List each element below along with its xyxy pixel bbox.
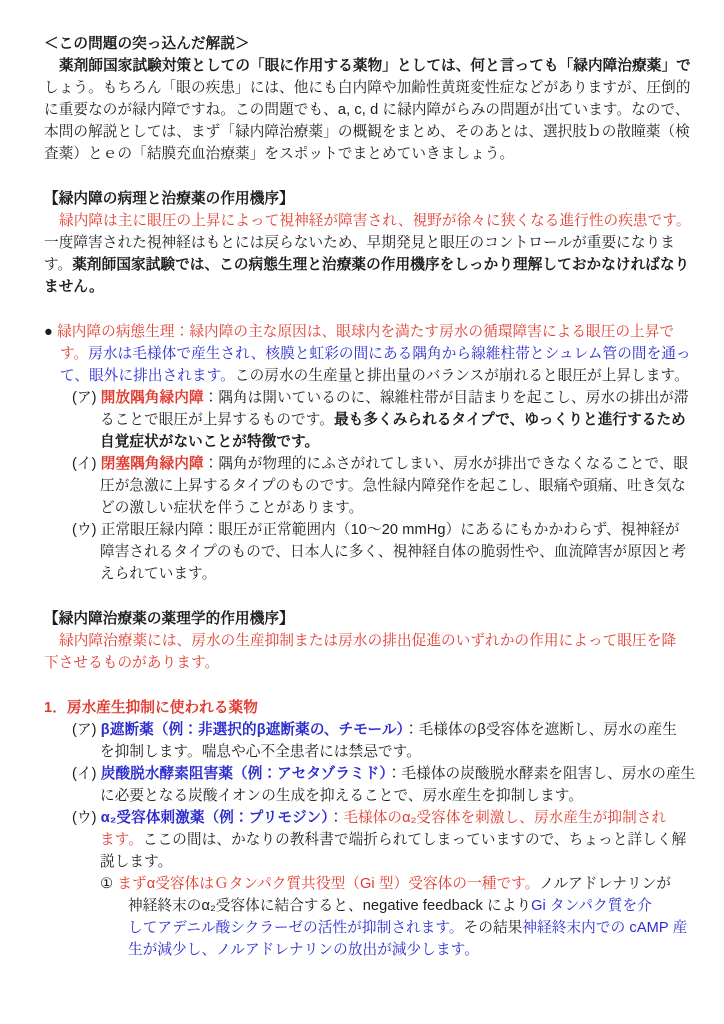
text-segment: を抑制します。喘息や心不全患者には禁忌です。 [100, 744, 421, 760]
text-segment: 毛様体のα₂受容体を刺激し、房水産生が抑制され [343, 810, 666, 826]
text-line: (イ) 閉塞隅角緑内障：隅角が物理的にふさがれてしまい、房水が排出できなくなるこ… [0, 453, 690, 475]
text-line: 本問の解説としては、まず「緑内障治療薬」の概観をまとめ、そのあとは、選択肢ｂの散… [0, 121, 690, 143]
text-segment: ：隅角は開いているのに、線維柱帯が目詰まりを起こし、房水の排出が滞 [204, 390, 689, 406]
text-segment: しょう。もちろん「眼の疾患」には、他にも白内障や加齢性黄斑変性症などがありますが… [44, 80, 691, 96]
text-segment: えられています。 [100, 566, 216, 582]
text-line: 【緑内障治療薬の薬理学的作用機序】 [0, 608, 690, 630]
text-line: ることで眼圧が上昇するものです。最も多くみられるタイプで、ゆっくりと進行するため [0, 409, 690, 431]
text-segment: ：毛様体のβ受容体を遮断し、房水の産生 [404, 722, 677, 738]
text-segment: 1．房水産生抑制に使われる薬物 [44, 700, 258, 716]
text-segment: 炭酸脱水酵素阻害薬（例：アセタゾラミド） [101, 766, 387, 782]
text-line: ● 緑内障の病態生理：緑内障の主な原因は、眼球内を満たす房水の循環障害による眼圧… [0, 321, 690, 343]
text-segment: ：隅角が物理的にふさがれてしまい、房水が排出できなくなることで、眼 [204, 456, 689, 472]
text-line: に必要となる炭酸イオンの生成を抑えることで、房水産生を抑制します。 [0, 785, 690, 807]
text-line: 下させるものがあります。 [0, 652, 690, 674]
text-segment: してアデニル酸シクラーゼの活性が抑制されます。 [128, 920, 464, 936]
text-segment: (ア) [72, 722, 101, 738]
text-segment: ここの間は、かなりの教科書で端折られてしまっていますので、ちょっと詳しく解 [143, 832, 686, 848]
text-segment: (ウ) [72, 810, 101, 826]
text-line: (ウ) 正常眼圧緑内障：眼圧が正常範囲内（10～20 mmHg）にあるにもかかわ… [0, 519, 690, 541]
text-line: 査薬）とｅの「結膜充血治療薬」をスポットでまとめていきましょう。 [0, 143, 690, 165]
text-segment: Gi タンパク質を介 [531, 898, 652, 914]
text-segment: 自覚症状がないことが特徴です。 [100, 434, 319, 450]
text-segment: 一度障害された視神経はもとには戻らないため、早期発見と眼圧のコントロールが重要に… [44, 235, 675, 251]
text-segment: どの激しい症状を伴うことがあります。 [100, 500, 363, 516]
document-page: ＜この問題の突っ込んだ解説＞薬剤師国家試験対策としての「眼に作用する薬物」として… [0, 0, 724, 1024]
text-line: す。薬剤師国家試験では、この病態生理と治療薬の作用機序をしっかり理解しておかなけ… [0, 254, 690, 276]
text-line: してアデニル酸シクラーゼの活性が抑制されます。その結果神経終末内での cAMP … [0, 917, 690, 939]
text-line: 神経終末のα₂受容体に結合すると、negative feedback によりGi… [0, 895, 690, 917]
text-line: しょう。もちろん「眼の疾患」には、他にも白内障や加齢性黄斑変性症などがありますが… [0, 77, 690, 99]
text-segment: まずα受容体はＧタンパク質共役型（Gi 型）受容体の一種です。 [117, 876, 539, 892]
text-line: 障害されるタイプのもので、日本人に多く、視神経自体の脆弱性や、血流障害が原因と考 [0, 541, 690, 563]
text-line: 緑内障治療薬には、房水の生産抑制または房水の排出促進のいずれかの作用によって眼圧… [0, 630, 690, 652]
text-segment: 開放隅角緑内障 [101, 390, 204, 406]
text-segment: 緑内障治療薬には、房水の生産抑制または房水の排出促進のいずれかの作用によって眼圧… [59, 633, 676, 649]
text-line: 圧が急激に上昇するタイプのものです。急性緑内障発作を起こし、眼痛や頭痛、吐き気な [0, 475, 690, 497]
text-line: 一度障害された視神経はもとには戻らないため、早期発見と眼圧のコントロールが重要に… [0, 232, 690, 254]
text-segment: に必要となる炭酸イオンの生成を抑えることで、房水産生を抑制します。 [100, 788, 583, 804]
text-segment: 説します。 [100, 854, 172, 870]
text-segment: 神経終末のα₂受容体に結合すると、negative feedback により [128, 898, 531, 914]
text-segment: 神経終末内での cAMP 産 [522, 920, 687, 936]
text-line: (イ) 炭酸脱水酵素阻害薬（例：アセタゾラミド）：毛様体の炭酸脱水酵素を阻害し、… [0, 763, 690, 785]
text-segment: 査薬）とｅの「結膜充血治療薬」をスポットでまとめていきましょう。 [44, 146, 514, 162]
text-line: す。房水は毛様体で産生され、核膜と虹彩の間にある隅角から線維柱帯とシュレム管の間… [0, 343, 690, 365]
text-segment: その結果 [464, 920, 523, 936]
text-line: ます。ここの間は、かなりの教科書で端折られてしまっていますので、ちょっと詳しく解 [0, 829, 690, 851]
text-line: 自覚症状がないことが特徴です。 [0, 431, 690, 453]
text-segment: 【緑内障の病理と治療薬の作用機序】 [44, 191, 294, 207]
text-segment: す。 [44, 257, 72, 273]
text-segment: 本問の解説としては、まず「緑内障治療薬」の概観をまとめ、そのあとは、選択肢ｂの散… [44, 124, 690, 140]
text-segment: 圧が急激に上昇するタイプのものです。急性緑内障発作を起こし、眼痛や頭痛、吐き気な [100, 478, 686, 494]
text-segment: この房水の生産量と排出量のバランスが崩れると眼圧が上昇します。 [235, 368, 689, 384]
text-line: 緑内障は主に眼圧の上昇によって視神経が障害され、視野が徐々に狭くなる進行性の疾患… [0, 210, 690, 232]
text-segment: (イ) [72, 766, 101, 782]
text-segment: ることで眼圧が上昇するものです。 [100, 412, 334, 428]
text-line: ① まずα受容体はＧタンパク質共役型（Gi 型）受容体の一種です。ノルアドレナリ… [0, 873, 690, 895]
text-segment: ：毛様体の炭酸脱水酵素を阻害し、房水の産生 [387, 766, 696, 782]
text-line: 1．房水産生抑制に使われる薬物 [0, 697, 690, 719]
text-segment: 薬剤師国家試験対策としての「眼に作用する薬物」としては、何と言っても「緑内障治療… [59, 58, 691, 74]
text-segment: ＜この問題の突っ込んだ解説＞ [44, 36, 250, 52]
text-segment: に重要なのが緑内障ですね。この問題でも、a, c, d に緑内障がらみの問題が出… [44, 102, 690, 118]
text-segment: (イ) [72, 456, 101, 472]
text-segment: (ウ) 正常眼圧緑内障：眼圧が正常範囲内（10～20 mmHg）にあるにもかかわ… [72, 522, 680, 538]
text-segment: 房水は毛様体で産生され、核膜と虹彩の間にある隅角から線維柱帯とシュレム管の間を通… [88, 346, 690, 362]
text-segment: 緑内障の病態生理：緑内障の主な原因は、眼球内を満たす房水の循環障害による眼圧の上… [57, 324, 674, 340]
text-line: ＜この問題の突っ込んだ解説＞ [0, 33, 690, 55]
text-segment: ● [44, 324, 57, 340]
text-segment: 閉塞隅角緑内障 [101, 456, 204, 472]
text-segment: ① [100, 876, 117, 892]
text-segment: α₂受容体刺激薬（例：プリモジン） [101, 810, 329, 826]
text-line: ません。 [0, 276, 690, 298]
text-line: を抑制します。喘息や心不全患者には禁忌です。 [0, 741, 690, 763]
text-line: 生が減少し、ノルアドレナリンの放出が減少します。 [0, 939, 690, 961]
text-line: (ア) 開放隅角緑内障：隅角は開いているのに、線維柱帯が目詰まりを起こし、房水の… [0, 387, 690, 409]
text-line: 【緑内障の病理と治療薬の作用機序】 [0, 188, 690, 210]
text-line: に重要なのが緑内障ですね。この問題でも、a, c, d に緑内障がらみの問題が出… [0, 99, 690, 121]
text-line: て、眼外に排出されます。この房水の生産量と排出量のバランスが崩れると眼圧が上昇し… [0, 365, 690, 387]
text-segment: 最も多くみられるタイプで、ゆっくりと進行するため [334, 412, 686, 428]
text-segment: ノルアドレナリンが [539, 876, 671, 892]
text-segment: ます。 [100, 832, 143, 848]
text-segment: す。 [60, 346, 88, 362]
text-segment: 【緑内障治療薬の薬理学的作用機序】 [44, 611, 294, 627]
text-line: 薬剤師国家試験対策としての「眼に作用する薬物」としては、何と言っても「緑内障治療… [0, 55, 690, 77]
page: { "colors": { "red": "#e03a2f", "blue": … [0, 0, 724, 1024]
text-line: えられています。 [0, 563, 690, 585]
text-segment: 下させるものがあります。 [44, 655, 219, 671]
text-segment: ません。 [44, 279, 104, 295]
text-line: 説します。 [0, 851, 690, 873]
text-segment: 生が減少し、ノルアドレナリンの放出が減少します。 [128, 942, 479, 958]
text-segment: 薬剤師国家試験では、この病態生理と治療薬の作用機序をしっかり理解しておかなければ… [72, 257, 689, 273]
text-line: (ア) β遮断薬（例：非選択的β遮断薬の、チモール）：毛様体のβ受容体を遮断し、… [0, 719, 690, 741]
text-line: (ウ) α₂受容体刺激薬（例：プリモジン）：毛様体のα₂受容体を刺激し、房水産生… [0, 807, 690, 829]
text-segment: β遮断薬（例：非選択的β遮断薬の、チモール） [101, 722, 404, 738]
text-segment: て、眼外に排出されます。 [60, 368, 235, 384]
text-segment: 緑内障は主に眼圧の上昇によって視神経が障害され、視野が徐々に狭くなる進行性の疾患… [59, 213, 691, 229]
text-segment: (ア) [72, 390, 101, 406]
text-segment: ： [329, 810, 344, 826]
text-segment: 障害されるタイプのもので、日本人に多く、視神経自体の脆弱性や、血流障害が原因と考 [100, 544, 686, 560]
text-line: どの激しい症状を伴うことがあります。 [0, 497, 690, 519]
